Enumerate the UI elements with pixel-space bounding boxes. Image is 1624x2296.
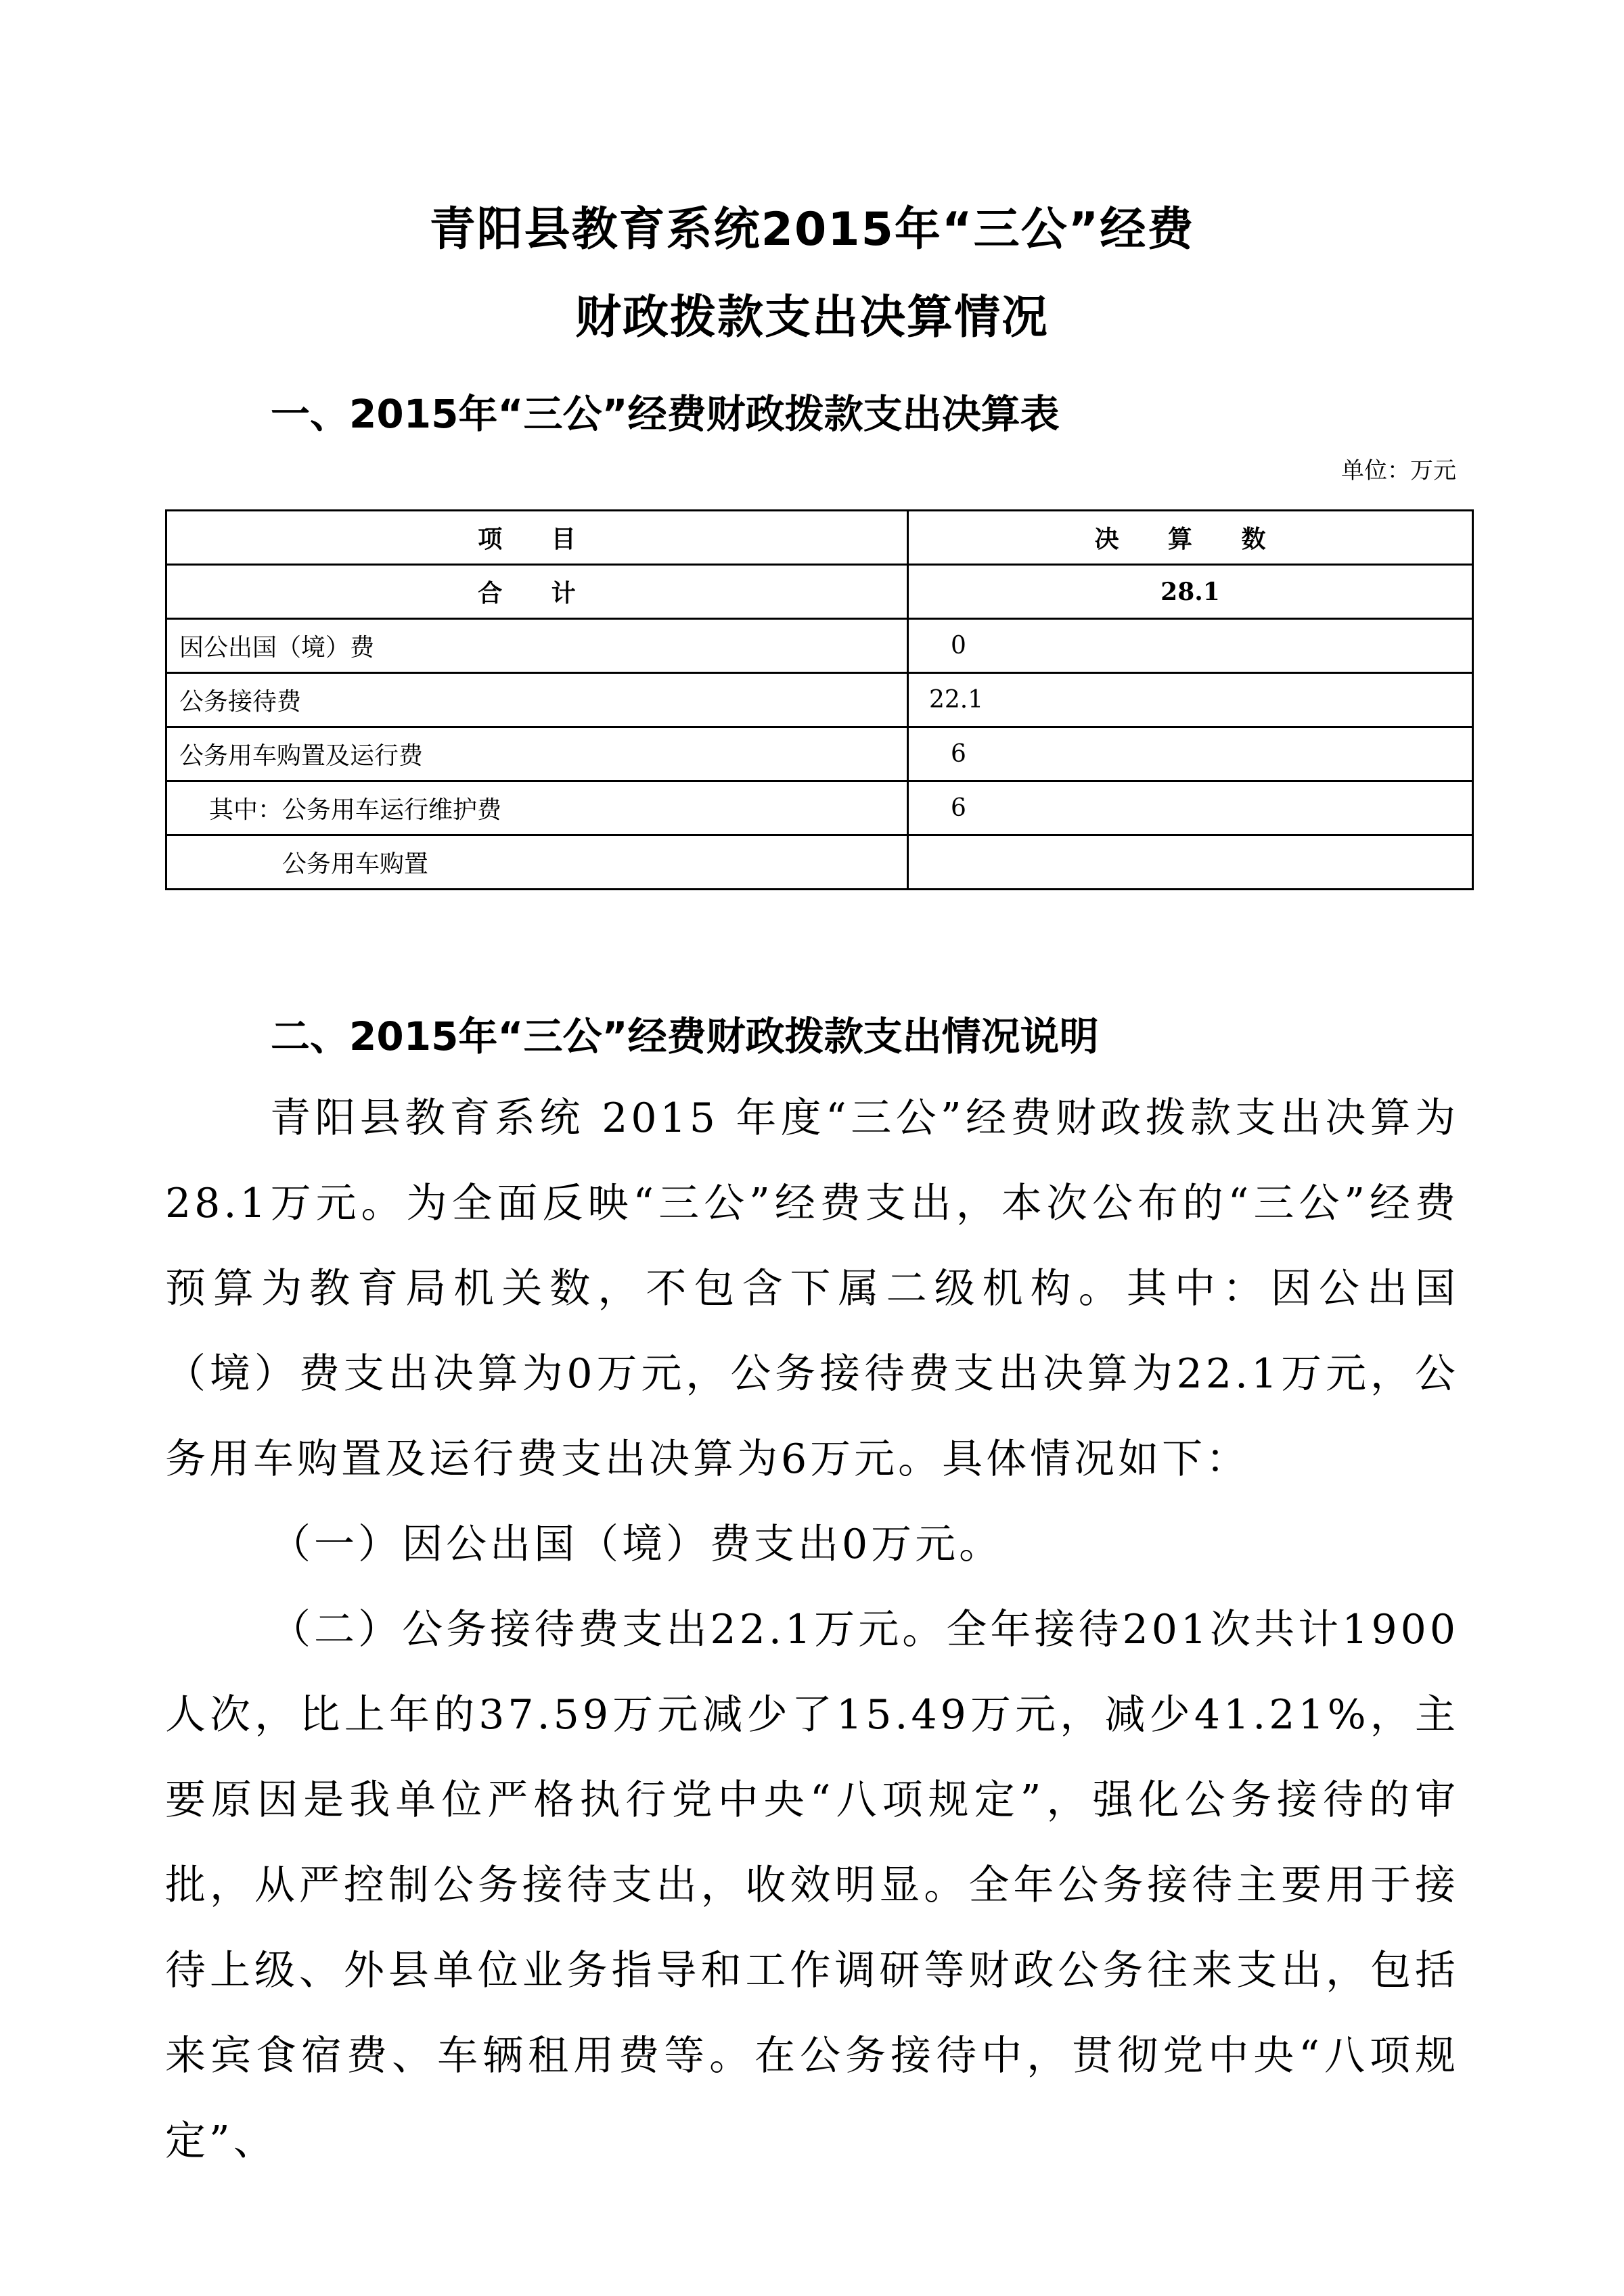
row-value: 6	[908, 727, 1473, 781]
document-title-line2: 财政拨款支出决算情况	[0, 281, 1624, 346]
header-item: 项 目	[166, 511, 908, 565]
row-item: 合 计	[166, 565, 908, 619]
section1-heading: 一、2015年“三公”经费财政拨款支出决算表	[271, 382, 1060, 439]
row-value: 28.1	[908, 565, 1473, 619]
row-item: 其中：公务用车运行维护费	[166, 781, 908, 835]
table-row: 公务用车购置	[166, 835, 1473, 890]
section2-heading: 二、2015年“三公”经费财政拨款支出情况说明	[271, 1005, 1099, 1061]
table-row: 公务接待费 22.1	[166, 673, 1473, 727]
paragraph-item-1: （一）因公出国（境）费支出0万元。	[165, 1502, 1459, 1587]
row-value: 0	[908, 619, 1473, 673]
body-text: 青阳县教育系统 2015 年度“三公”经费财政拨款支出决算为28.1万元。为全面…	[165, 1076, 1459, 2184]
row-value: 22.1	[908, 673, 1473, 727]
unit-label: 单位：万元	[1341, 452, 1456, 485]
paragraph-summary: 青阳县教育系统 2015 年度“三公”经费财政拨款支出决算为28.1万元。为全面…	[165, 1076, 1459, 1502]
expenditure-table: 项 目 决 算 数 合 计 28.1 因公出国（境）费 0 公务接待费 22.1…	[165, 509, 1474, 890]
row-value	[908, 835, 1473, 890]
row-item: 公务接待费	[166, 673, 908, 727]
row-item: 因公出国（境）费	[166, 619, 908, 673]
table-row: 合 计 28.1	[166, 565, 1473, 619]
row-item: 公务用车购置及运行费	[166, 727, 908, 781]
table-header-row: 项 目 决 算 数	[166, 511, 1473, 565]
document-title-line1: 青阳县教育系统2015年“三公”经费	[0, 193, 1624, 258]
table-row: 公务用车购置及运行费 6	[166, 727, 1473, 781]
header-value: 决 算 数	[908, 511, 1473, 565]
row-value: 6	[908, 781, 1473, 835]
row-item: 公务用车购置	[166, 835, 908, 890]
paragraph-item-2: （二）公务接待费支出22.1万元。全年接待201次共计1900人次，比上年的37…	[165, 1587, 1459, 2184]
table-row: 因公出国（境）费 0	[166, 619, 1473, 673]
table-row: 其中：公务用车运行维护费 6	[166, 781, 1473, 835]
